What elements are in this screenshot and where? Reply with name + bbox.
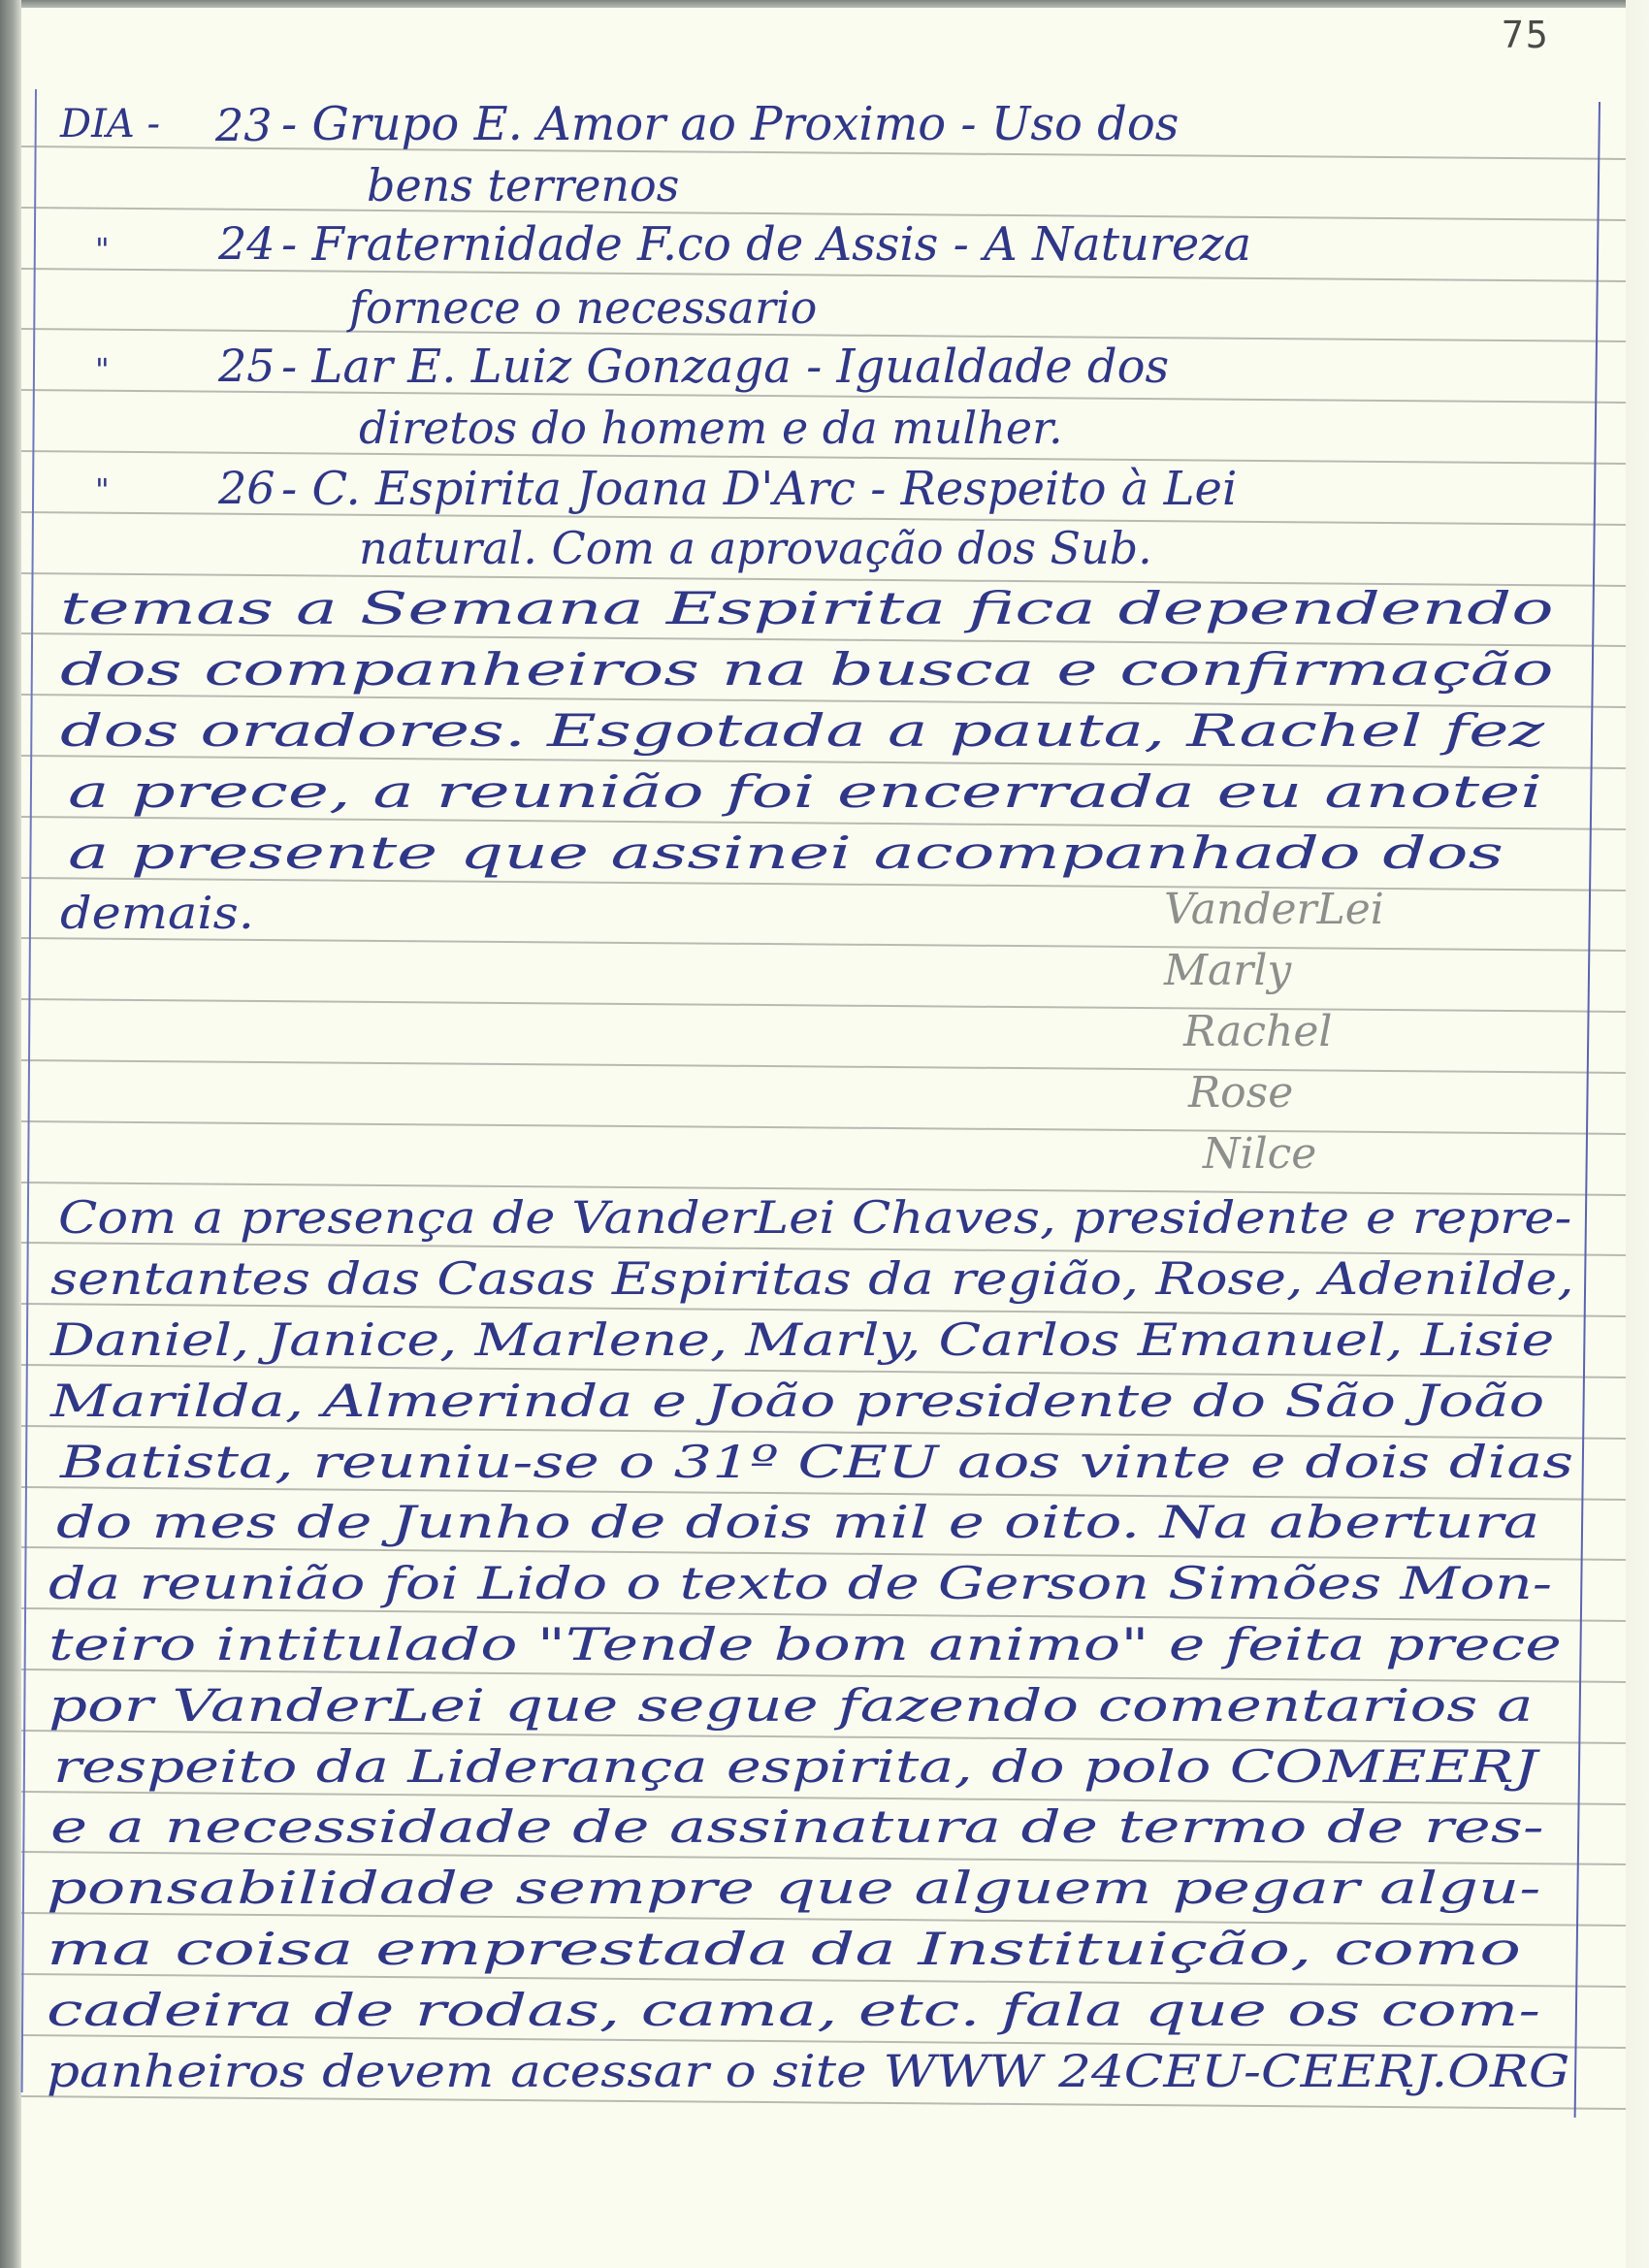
minutes-line: Marilda, Almerinda e João presidente do … bbox=[50, 1378, 1544, 1423]
minutes-line: ma coisa emprestada da Instituição, como bbox=[47, 1927, 1521, 1971]
ditto-mark: " bbox=[95, 351, 110, 388]
scan-edge-top bbox=[0, 0, 1649, 8]
minutes-line: teiro intitulado "Tende bom animo" e fei… bbox=[48, 1622, 1562, 1667]
page-number: 75 bbox=[1502, 14, 1550, 56]
agenda-continuation: fornece o necessario bbox=[349, 285, 817, 330]
rule-line bbox=[21, 877, 1626, 891]
agenda-continuation: bens terrenos bbox=[367, 163, 679, 208]
signature: Rose bbox=[1188, 1072, 1293, 1115]
scan-edge-left bbox=[0, 0, 21, 2268]
agenda-day: 26 bbox=[218, 466, 275, 510]
agenda-day: 25 bbox=[218, 343, 275, 388]
closing-line: dos oradores. Esgotada a pauta, Rachel f… bbox=[60, 708, 1544, 753]
signature: Marly bbox=[1164, 950, 1291, 992]
minutes-line: e a necessidade de assinatura de termo d… bbox=[50, 1804, 1544, 1849]
closing-line: demais. bbox=[60, 891, 254, 935]
closing-line: a presente que assinei acompanhado dos bbox=[68, 830, 1503, 875]
closing-line: dos companheiros na busca e confirmação bbox=[60, 647, 1554, 692]
signature: Rachel bbox=[1183, 1011, 1332, 1053]
minutes-line: respeito da Liderança espirita, do polo … bbox=[53, 1744, 1537, 1789]
minutes-line: Com a presença de VanderLei Chaves, pres… bbox=[58, 1195, 1571, 1240]
minutes-line: da reunião foi Lido o texto de Gerson Si… bbox=[48, 1561, 1552, 1605]
minutes-line: ponsabilidade sempre que alguem pegar al… bbox=[47, 1865, 1540, 1910]
minutes-line: sentantes das Casas Espiritas da região,… bbox=[50, 1256, 1574, 1301]
minutes-line: do mes de Junho de dois mil e oito. Na a… bbox=[56, 1500, 1539, 1544]
closing-line: a prece, a reunião foi encerrada eu anot… bbox=[68, 769, 1542, 814]
right-margin-line bbox=[1574, 102, 1600, 2118]
minutes-line: Daniel, Janice, Marlene, Marly, Carlos E… bbox=[50, 1317, 1554, 1362]
agenda-entry: - C. Espirita Joana D'Arc - Respeito à L… bbox=[281, 466, 1237, 512]
rule-line bbox=[21, 2095, 1626, 2110]
rule-line bbox=[21, 937, 1626, 952]
agenda-entry: - Lar E. Luiz Gonzaga - Igualdade dos bbox=[281, 343, 1169, 390]
minutes-line: cadeira de rodas, cama, etc. fala que os… bbox=[47, 1988, 1540, 2032]
paper-edge-right bbox=[1626, 0, 1649, 2268]
signature: VanderLei bbox=[1164, 889, 1384, 931]
rule-line bbox=[21, 998, 1626, 1013]
ditto-mark: " bbox=[95, 471, 110, 508]
closing-line: temas a Semana Espirita fica dependendo bbox=[60, 586, 1554, 631]
minutes-line: panheiros devem acessar o site WWW 24CEU… bbox=[47, 2049, 1569, 2093]
rule-line bbox=[21, 1120, 1626, 1135]
agenda-continuation: diretos do homem e da mulher. bbox=[359, 405, 1063, 450]
agenda-entry: - Grupo E. Amor ao Proximo - Uso dos bbox=[281, 101, 1179, 147]
ditto-mark: " bbox=[95, 231, 110, 268]
agenda-day: 23 bbox=[215, 103, 273, 147]
ledger-page: 75 DIA - 23 - Grupo E. Amor ao Proximo -… bbox=[0, 0, 1649, 2268]
signature: Nilce bbox=[1203, 1133, 1316, 1176]
minutes-line: Batista, reuniu-se o 31º CEU aos vinte e… bbox=[60, 1440, 1573, 1484]
minutes-line: por VanderLei que segue fazendo comentar… bbox=[48, 1683, 1534, 1728]
agenda-marker: DIA - bbox=[60, 105, 160, 144]
agenda-entry: - Fraternidade F.co de Assis - A Naturez… bbox=[281, 221, 1251, 268]
rule-line bbox=[21, 1059, 1626, 1074]
agenda-day: 24 bbox=[218, 221, 275, 266]
agenda-continuation: natural. Com a aprovação dos Sub. bbox=[359, 526, 1152, 570]
